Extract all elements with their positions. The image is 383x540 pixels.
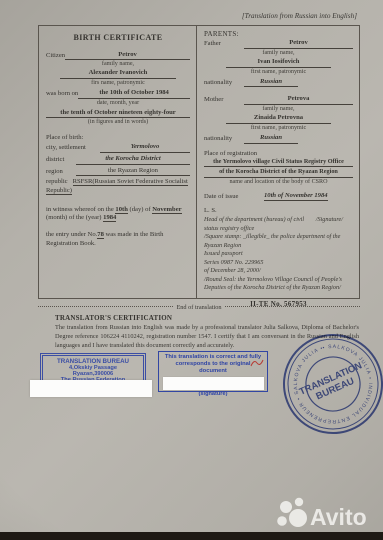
registry-office-line2: of the Korocha District of the Ryazan Re… <box>204 168 353 177</box>
divider-line <box>225 306 360 307</box>
district-label: district <box>46 156 76 165</box>
certificate-title: BIRTH CERTIFICATE <box>46 33 190 44</box>
born-label: was born on <box>46 90 78 99</box>
signature-caption: (signature) <box>161 391 265 397</box>
birth-date-words: the tenth of October nineteen eighty-fou… <box>46 109 190 119</box>
parents-heading: PARENTS: <box>204 30 353 39</box>
date-issue-label: Date of issue <box>204 193 256 202</box>
passport-series-line: Series 0987 No. 229965 <box>204 259 353 268</box>
mother-surname: Petrova <box>244 95 353 105</box>
republic-row: republic RSFSR(Russian Soviet Federative… <box>46 178 190 195</box>
witness-month: November <box>152 206 181 214</box>
red-pen-mark <box>250 358 264 368</box>
divider-line <box>38 306 173 307</box>
nationality-label: nationality <box>204 79 244 88</box>
mother-surname-caption: family name, <box>204 105 353 113</box>
head-office-text: Head of the department (bureau) of civil… <box>204 216 304 232</box>
registry-office-caption: name and location of the body of CSRO <box>204 178 353 186</box>
witness-year: 1984 <box>103 214 116 222</box>
seal-description-block: /Signature/Head of the department (burea… <box>204 216 353 293</box>
father-given: Ivan Iosifovich <box>226 58 331 68</box>
head-office-line: /Signature/Head of the department (burea… <box>204 216 353 233</box>
photographed-paper: [Translation from Russian into English] … <box>0 0 383 540</box>
signature-note: /Signature/ <box>316 216 343 225</box>
father-label: Father <box>204 40 244 49</box>
divider-label: End of translation <box>176 304 221 311</box>
mother-label: Mother <box>204 96 244 105</box>
witness-day: 10th <box>115 206 127 214</box>
end-of-translation-divider: End of translation <box>38 304 360 311</box>
district-value: the Korocha District <box>76 155 190 165</box>
region-value: the Ryazan Region <box>76 167 190 177</box>
mother-nationality-row: nationality Russian <box>204 134 353 144</box>
witness-text: (month) of the (year) <box>46 214 101 221</box>
avito-logo-circles <box>277 498 307 527</box>
region-label: region <box>46 168 76 177</box>
avito-watermark: Avito <box>272 494 376 534</box>
issued-passport-line: Issued passport <box>204 250 353 259</box>
father-surname: Petrov <box>244 39 353 49</box>
region-row: region the Ryazan Region <box>46 167 190 177</box>
parents-column: PARENTS: Father Petrov family name, Ivan… <box>197 26 359 298</box>
date-issue-row: Date of issue 10th of November 1984 <box>204 192 353 202</box>
translator-certification-title: TRANSLATOR'S CERTIFICATION <box>55 314 172 322</box>
republic-label: republic <box>46 178 68 185</box>
given-caption: firs name, patronymic <box>46 79 190 87</box>
witness-paragraph: in witness whereof on the 10th (day) of … <box>46 206 190 223</box>
entry-number: 78 <box>97 231 104 239</box>
birth-date: the 10th of October 1984 <box>78 89 190 99</box>
date-issue-value: 10th of November 1984 <box>264 192 328 202</box>
citizen-surname: Petrov <box>65 51 190 61</box>
father-row: Father Petrov <box>204 39 353 49</box>
nationality-label: nationality <box>204 135 244 144</box>
place-registration-label: Place of registration <box>204 150 353 159</box>
city-label: city, settlement <box>46 144 100 153</box>
mother-given-caption: first name, patronymic <box>204 124 353 132</box>
mother-given: Zinaida Petrovna <box>226 114 331 124</box>
citizen-label: Citizen <box>46 52 65 61</box>
republic-value: RSFSR(Russian Soviet Federative Socialis… <box>46 178 188 195</box>
city-value: Yermolovo <box>100 143 190 153</box>
witness-text: (day) of <box>130 206 151 213</box>
surname-caption: family name, <box>46 60 190 68</box>
round-seal-line: /Round Seal: the Yermolovo Village Counc… <box>204 276 353 293</box>
citizen-row: Citizen Petrov <box>46 51 190 61</box>
ls-abbrev: L. S. <box>204 207 353 216</box>
city-row: city, settlement Yermolovo <box>46 143 190 153</box>
mother-row: Mother Petrova <box>204 95 353 105</box>
born-row: was born on the 10th of October 1984 <box>46 89 190 99</box>
witness-text: in witness whereof on the <box>46 206 114 213</box>
father-given-caption: first name, patronymic <box>204 68 353 76</box>
registry-office-line1: the Yermolovo village Civil Status Regis… <box>204 158 353 167</box>
translation-note: [Translation from Russian into English] <box>242 12 357 20</box>
signature-redaction-area <box>163 377 264 390</box>
citizen-given-name: Alexander Ivanovich <box>60 69 176 79</box>
redaction-block <box>30 380 152 397</box>
father-nationality-row: nationality Russian <box>204 78 353 88</box>
place-of-birth-label: Place of birth: <box>46 134 190 143</box>
father-surname-caption: family name, <box>204 49 353 57</box>
avito-wordmark: Avito <box>310 504 367 530</box>
entry-text: the entry under No. <box>46 231 97 238</box>
birth-words-caption: (in figures and in words) <box>46 118 190 126</box>
birth-date-caption: date, month, year <box>46 99 190 107</box>
entry-paragraph: the entry under No.78 was made in the Bi… <box>46 231 190 248</box>
birth-certificate-column: BIRTH CERTIFICATE Citizen Petrov family … <box>39 26 197 298</box>
bureau-name: TRANSLATION BUREAU <box>43 358 143 365</box>
passport-date-line: of December 28, 2000/ <box>204 267 353 276</box>
district-row: district the Korocha District <box>46 155 190 165</box>
certificate-table: BIRTH CERTIFICATE Citizen Petrov family … <box>38 25 360 299</box>
father-nationality: Russian <box>244 78 298 88</box>
mother-nationality: Russian <box>244 134 298 144</box>
square-stamp-line: /Square stamp: _illegible_ the police de… <box>204 233 353 250</box>
